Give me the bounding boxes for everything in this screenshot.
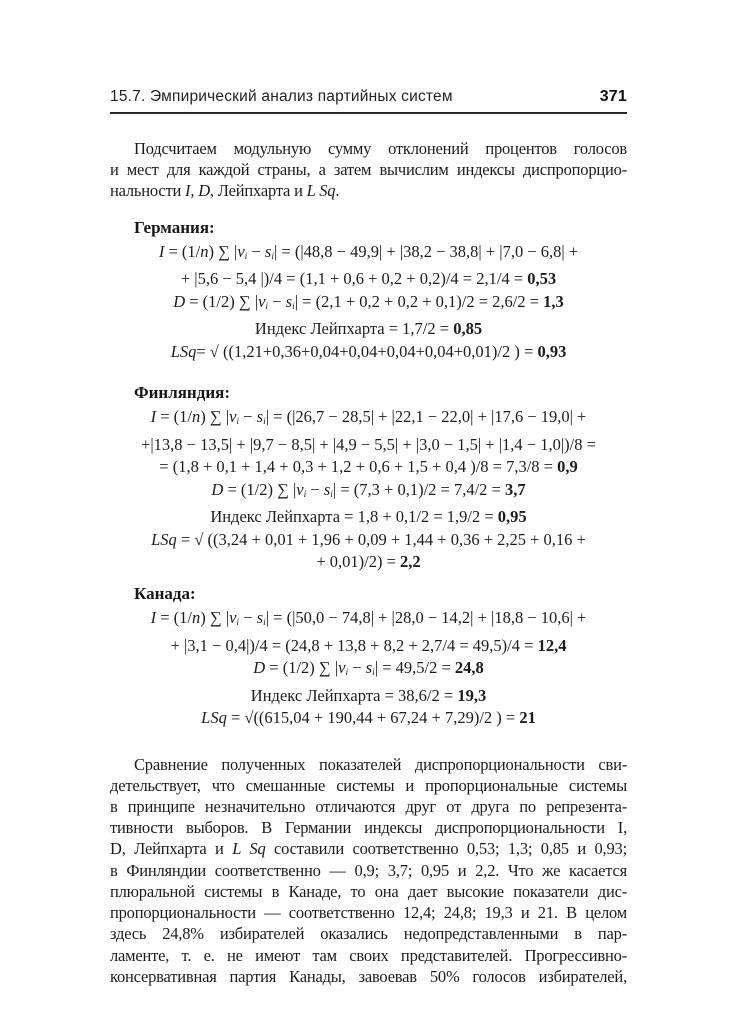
text-line: LSq = √((615,04 + 190,44 + 67,24 + 7,29)…	[110, 707, 627, 730]
text-line: LSq = √ ((3,24 + 0,01 + 1,96 + 0,09 + 1,…	[110, 529, 627, 552]
section-heading-finland: Финляндия:	[110, 383, 627, 403]
text-line: D, Лейпхарта и L Sq составили соответств…	[110, 838, 627, 859]
intro-paragraph: Подсчитаем модульную сумму отклонений пр…	[110, 138, 627, 202]
text-line: тивности выборов. В Германии индексы дис…	[110, 817, 627, 838]
page-number: 371	[600, 88, 627, 106]
text-line: I = (1/n) ∑ |vi − si| = (|48,8 − 49,9| +…	[110, 241, 627, 269]
section-germany: Германия: I = (1/n) ∑ |vi − si| = (|48,8…	[110, 218, 627, 364]
text-line: Индекс Лейпхарта = 1,8 + 0,1/2 = 1,9/2 =…	[110, 506, 627, 529]
text-line: = (1,8 + 0,1 + 1,4 + 0,3 + 1,2 + 0,6 + 1…	[110, 456, 627, 479]
text-column: 15.7. Эмпирический анализ партийных сист…	[0, 0, 729, 987]
section-heading-canada: Канада:	[110, 584, 627, 604]
text-line: I = (1/n) ∑ |vi − si| = (|26,7 − 28,5| +…	[110, 406, 627, 434]
text-line: LSq= √ ((1,21+0,36+0,04+0,04+0,04+0,04+0…	[110, 341, 627, 364]
text-line: + |3,1 − 0,4|)/4 = (24,8 + 13,8 + 8,2 + …	[110, 635, 627, 658]
text-line: D = (1/2) ∑ |vi − si| = (2,1 + 0,2 + 0,2…	[110, 291, 627, 319]
section-heading-germany: Германия:	[110, 218, 627, 238]
section-canada: Канада: I = (1/n) ∑ |vi − si| = (|50,0 −…	[110, 584, 627, 730]
running-header: 15.7. Эмпирический анализ партийных сист…	[110, 88, 627, 114]
text-line: D = (1/2) ∑ |vi − si| = (7,3 + 0,1)/2 = …	[110, 479, 627, 507]
text-line: D = (1/2) ∑ |vi − si| = 49,5/2 = 24,8	[110, 657, 627, 685]
text-line: Индекс Лейпхарта = 38,6/2 = 19,3	[110, 685, 627, 708]
text-line: плюральной системы в Канаде, то она дает…	[110, 881, 627, 902]
text-line: Сравнение полученных показателей диспроп…	[110, 754, 627, 775]
text-line: +|13,8 − 13,5| + |9,7 − 8,5| + |4,9 − 5,…	[110, 434, 627, 457]
running-header-title: 15.7. Эмпирический анализ партийных сист…	[110, 88, 453, 106]
finland-formulas: I = (1/n) ∑ |vi − si| = (|26,7 − 28,5| +…	[110, 406, 627, 574]
text-line: Индекс Лейпхарта = 1,7/2 = 0,85	[110, 318, 627, 341]
text-line: Подсчитаем модульную сумму отклонений пр…	[110, 138, 627, 159]
text-line: I = (1/n) ∑ |vi − si| = (|50,0 − 74,8| +…	[110, 607, 627, 635]
germany-formulas: I = (1/n) ∑ |vi − si| = (|48,8 − 49,9| +…	[110, 241, 627, 364]
canada-formulas: I = (1/n) ∑ |vi − si| = (|50,0 − 74,8| +…	[110, 607, 627, 730]
text-line: в принципе незначительно отличаются друг…	[110, 796, 627, 817]
text-line: нальности I, D, Лейпхарта и L Sq.	[110, 180, 627, 201]
text-line: консервативная партия Канады, завоевав 5…	[110, 966, 627, 987]
text-line: здесь 24,8% избирателей оказались недопр…	[110, 923, 627, 944]
text-line: и мест для каждой страны, а затем вычисл…	[110, 159, 627, 180]
text-line: + 0,01)/2) = 2,2	[110, 551, 627, 574]
text-line: пропорциональности — соответственно 12,4…	[110, 902, 627, 923]
closing-paragraph: Сравнение полученных показателей диспроп…	[110, 754, 627, 987]
text-line: детельствует, что смешанные системы и пр…	[110, 775, 627, 796]
text-line: + |5,6 − 5,4 |)/4 = (1,1 + 0,6 + 0,2 + 0…	[110, 268, 627, 291]
text-line: ламенте, т. е. не имеют там своих предст…	[110, 945, 627, 966]
section-finland: Финляндия: I = (1/n) ∑ |vi − si| = (|26,…	[110, 383, 627, 574]
book-page: 15.7. Эмпирический анализ партийных сист…	[0, 0, 729, 1024]
text-line: в Финляндии соответственно — 0,9; 3,7; 0…	[110, 860, 627, 881]
